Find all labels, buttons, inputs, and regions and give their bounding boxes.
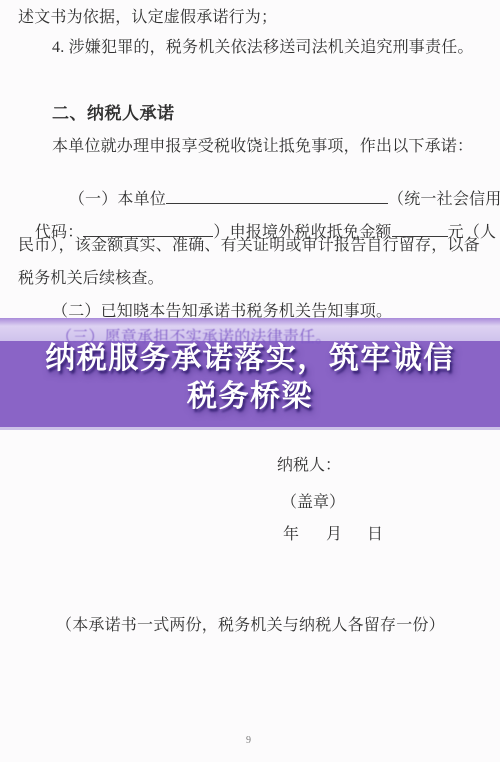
commitment-item-1-line-3: 民币），该金额真实、准确、有关证明或审计报告自行留存，以备 bbox=[18, 236, 480, 256]
seal-label: （盖章） bbox=[281, 489, 345, 512]
date-day-label: 日 bbox=[367, 521, 383, 544]
commitment-item-1-line-4: 税务机关后续核查。 bbox=[18, 269, 164, 289]
date-year-label: 年 bbox=[283, 521, 299, 544]
section-heading: 二、纳税人承诺 bbox=[52, 104, 175, 124]
list-item-4: 4. 涉嫌犯罪的，税务机关依法移送司法机关追究刑事责任。 bbox=[52, 38, 474, 58]
document-page: 述文书为依据，认定虚假承诺行为； 4. 涉嫌犯罪的，税务机关依法移送司法机关追究… bbox=[0, 0, 500, 762]
banner-title: 纳税服务承诺落实，筑牢诚信 税务桥梁 bbox=[0, 340, 500, 416]
commitment-intro: 本单位就办理申报享受税收饶让抵免事项，作出以下承诺： bbox=[52, 137, 473, 157]
banner-bottom-band bbox=[0, 427, 500, 430]
promo-banner-overlay: （三）愿意承担不实承诺的法律责任。 纳税服务承诺落实，筑牢诚信 税务桥梁 bbox=[0, 318, 500, 430]
taxpayer-signature-label: 纳税人： bbox=[277, 452, 341, 475]
banner-title-line-1: 纳税服务承诺落实，筑牢诚信 bbox=[0, 340, 500, 378]
page-number: 9 bbox=[246, 735, 251, 746]
copies-note: （本承诺书一式两份，税务机关与纳税人各留存一份） bbox=[56, 616, 445, 636]
date-month-label: 月 bbox=[326, 521, 342, 544]
banner-title-line-2: 税务桥梁 bbox=[0, 378, 500, 416]
paragraph-continuation-line: 述文书为依据，认定虚假承诺行为； bbox=[18, 8, 277, 28]
